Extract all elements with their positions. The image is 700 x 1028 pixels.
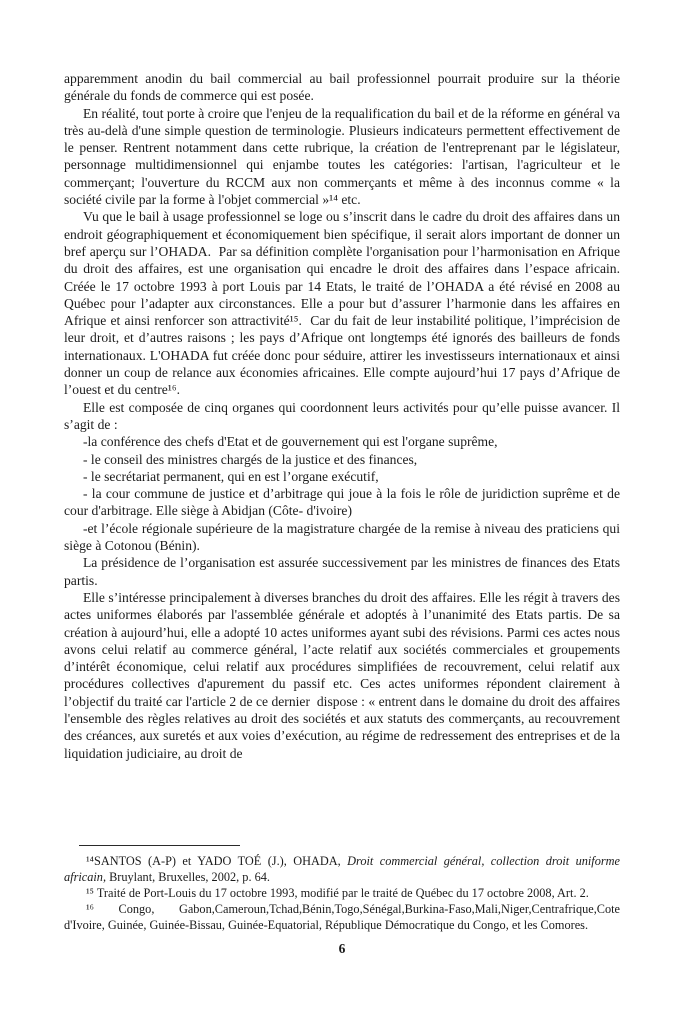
paragraph-continuation: apparemment anodin du bail commercial au… <box>64 70 620 105</box>
organ-list-item: -et l’école régionale supérieure de la m… <box>64 520 620 555</box>
organ-list-item: - le conseil des ministres chargés de la… <box>64 451 620 468</box>
paragraph: Vu que le bail à usage professionnel se … <box>64 208 620 398</box>
page-number: 6 <box>64 941 620 957</box>
organ-list-item: - la cour commune de justice et d’arbitr… <box>64 485 620 520</box>
footnote-14-suffix: Bruylant, Bruxelles, 2002, p. 64. <box>106 870 270 884</box>
organ-list-item: - le secrétariat permanent, qui en est l… <box>64 468 620 485</box>
paragraph: La présidence de l’organisation est assu… <box>64 554 620 589</box>
document-page: apparemment anodin du bail commercial au… <box>0 0 700 1028</box>
footnotes-section: ¹⁴SANTOS (A-P) et YADO TOÉ (J.), OHADA, … <box>64 845 620 933</box>
organ-list-item: -la conférence des chefs d'Etat et de go… <box>64 433 620 450</box>
footnote-14-text: ¹⁴SANTOS (A-P) et YADO TOÉ (J.), OHADA, <box>86 854 347 868</box>
footnote-15: ¹⁵ Traité de Port-Louis du 17 octobre 19… <box>64 885 620 901</box>
body-text: apparemment anodin du bail commercial au… <box>64 70 620 762</box>
footnote-14: ¹⁴SANTOS (A-P) et YADO TOÉ (J.), OHADA, … <box>64 853 620 885</box>
paragraph: En réalité, tout porte à croire que l'en… <box>64 105 620 209</box>
paragraph: Elle est composée de cinq organes qui co… <box>64 399 620 434</box>
footnote-separator <box>79 845 240 846</box>
footnote-16: ¹⁶ Congo, Gabon,Cameroun,Tchad,Bénin,Tog… <box>64 901 620 933</box>
paragraph: Elle s’intéresse principalement à divers… <box>64 589 620 762</box>
